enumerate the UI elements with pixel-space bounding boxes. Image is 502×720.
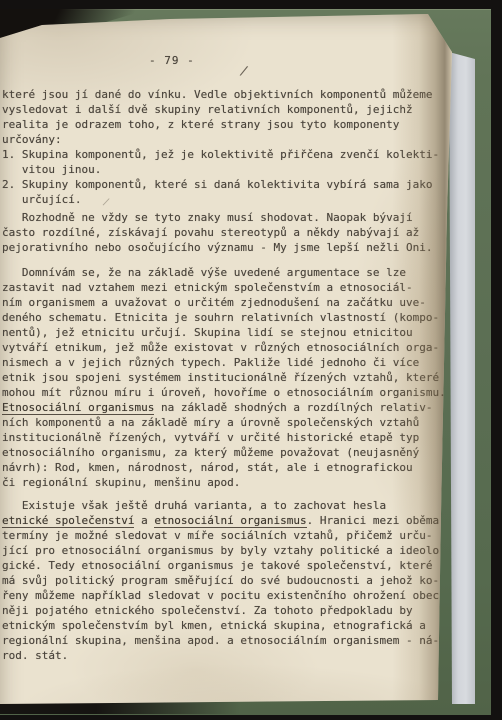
text-line: které jsou jí dané do vínku. Vedle objek… [2,87,448,102]
document-page: - 79 - ∕ ∕ které jsou jí dané do vínku. … [0,14,452,704]
book-scan: - 79 - ∕ ∕ které jsou jí dané do vínku. … [0,0,502,720]
text-line: Etnosociální organismus na základě shodn… [2,400,448,415]
text-line: návrh): Rod, kmen, národnost, národ, stá… [2,460,448,475]
text-line: něji pojatého etnického společenství. Za… [2,603,448,618]
text-line: určovány: [2,132,448,147]
text-line: gické. Tedy etnosociální organismus je t… [2,558,448,573]
text-line: či regionální skupinu, menšinu apod. [2,475,448,490]
text-line: etnickým společenstvím byl kmen, etnická… [2,618,448,633]
text-line: vysledovat i další dvě skupiny relativní… [2,102,448,117]
paragraph: které jsou jí dané do vínku. Vedle objek… [2,87,448,207]
text-line: ních komponentů a na základě míry a úrov… [2,415,448,430]
text-line: etnické společenství a etnosociální orga… [2,513,448,528]
text-block: které jsou jí dané do vínku. Vedle objek… [2,87,448,663]
text-line: realita je odrazem toho, z které strany … [2,117,448,132]
text-line: 1. Skupina komponentů, jež je kolektivit… [2,147,448,162]
text-line: Rozhodně ne vždy se tyto znaky musí shod… [2,210,448,225]
text-line: regionální skupina, menšina apod. a etno… [2,633,448,648]
text-line: termíny je možné sledovat v míře sociáln… [2,528,448,543]
text-line: zastavit nad vztahem mezi etnickým spole… [2,280,448,295]
text-line: Domnívám se, že na základě výše uvedené … [2,265,448,280]
text-line: 2. Skupiny komponentů, které si daná kol… [2,177,448,192]
text-line: rod. stát. [2,648,448,663]
text-line: určující. [2,192,448,207]
text-line: deného schematu. Etnicita je souhrn rela… [2,310,448,325]
text-line: Existuje však ještě druhá varianta, a to… [2,498,448,513]
text-line: nismech a v jejich různých typech. Pakli… [2,355,448,370]
text-line: institucionálně řízených, vytváří v urči… [2,430,448,445]
text-line: pejorativního nebo osočujícího významu -… [2,240,448,255]
page-number: - 79 - [149,54,195,67]
text-line: mohou mít různou míru i úroveň, hovoříme… [2,385,448,400]
text-line: etnik jsou spojeni systémem institucioná… [2,370,448,385]
text-line: vytváří etnikum, jež může existovat v rů… [2,340,448,355]
underlined-term: Etnosociální organismus [2,401,154,415]
text-line: má svůj politický program směřující do s… [2,573,448,588]
text-line: často rozdílné, získávají povahu stereot… [2,225,448,240]
paragraph: Domnívám se, že na základě výše uvedené … [2,265,448,490]
paragraph: Rozhodně ne vždy se tyto znaky musí shod… [2,210,448,255]
ink-mark: ∕ [238,63,249,79]
page-stack-edge [449,52,475,704]
paragraph: Existuje však ještě druhá varianta, a to… [2,498,448,663]
text-line: etnosociálního organismu, za který můžem… [2,445,448,460]
text-line: řeny můžeme například sledovat v pocitu … [2,588,448,603]
text-line: vitou jinou. [2,162,448,177]
text-line: ním organismem a uvažovat o určitém zjed… [2,295,448,310]
underlined-term: etnosociální organismus [154,514,306,528]
text-line: jící pro etnosociální organismus by byly… [2,543,448,558]
text-line: nentů), jež etnicitu určují. Skupina lid… [2,325,448,340]
underlined-term: etnické společenství [2,514,134,528]
